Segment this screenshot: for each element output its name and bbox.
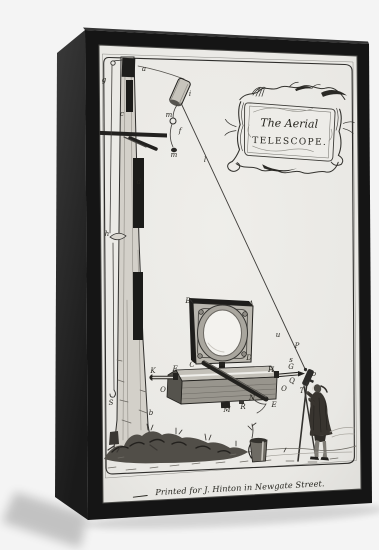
part-label-R: R — [239, 403, 246, 411]
engraving-canvas: The Aerial TELESCOPE. Printed for J. Hin… — [0, 0, 379, 550]
part-label-K: K — [149, 367, 156, 375]
part-label-b: b — [149, 409, 154, 417]
part-label-o: o — [312, 370, 316, 378]
part-label-s: s — [289, 356, 293, 364]
part-label-P: P — [294, 342, 300, 350]
part-label-E: E — [270, 401, 276, 409]
part-label-O-left: O — [160, 386, 166, 394]
cartouche-title-line1: The Aerial — [260, 116, 319, 131]
part-label-d: d — [137, 178, 142, 186]
part-label-m-upper: m — [166, 111, 173, 119]
mast-cap-block — [122, 58, 136, 77]
part-label-Q: Q — [289, 377, 295, 385]
mast-groove-middle — [133, 158, 144, 228]
part-label-G: G — [288, 363, 294, 371]
frame-side-panel — [55, 30, 88, 520]
part-label-c: c — [120, 110, 124, 118]
framed-print-photo: The Aerial TELESCOPE. Printed for J. Hin… — [0, 0, 379, 550]
part-label-g: g — [102, 76, 107, 84]
part-label-A: A — [247, 300, 253, 308]
part-label-N: N — [248, 394, 256, 402]
part-label-u: u — [276, 331, 281, 339]
mast-groove-lower — [133, 272, 143, 340]
part-label-i: i — [189, 90, 191, 98]
part-label-M: M — [222, 406, 231, 414]
stump — [109, 431, 119, 445]
part-label-H: H — [267, 366, 275, 374]
part-label-l: l — [204, 156, 206, 164]
part-label-O-right: O — [281, 385, 287, 393]
part-label-h: h — [105, 230, 110, 238]
objective-lens — [204, 310, 242, 356]
part-label-B: B — [184, 297, 190, 305]
part-label-S: S — [109, 399, 114, 407]
part-label-D: D — [245, 354, 252, 362]
cartouche-title-line2: TELESCOPE. — [252, 136, 327, 148]
lens-board — [189, 298, 253, 372]
part-label-m-lower: m — [171, 151, 178, 159]
part-label-C: C — [189, 361, 195, 369]
part-label-a: a — [142, 65, 146, 73]
mast-groove-upper — [126, 80, 133, 112]
